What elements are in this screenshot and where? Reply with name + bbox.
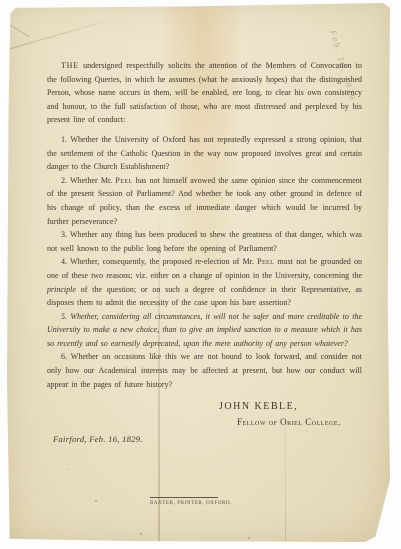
foxing-speck	[67, 469, 69, 470]
imprint-text: BAXTER, PRINTER, OXFORD.	[150, 501, 250, 506]
dateline: Fairford, Feb. 16, 1829.	[53, 433, 362, 447]
signature-title: Fellow of Oriel College.	[237, 416, 362, 430]
query-2: 2. Whether Mr. Peel has not himself avow…	[47, 174, 362, 228]
intro-paragraph: THE undersigned respectfully solicits th…	[47, 59, 362, 127]
fold-crease-top-left	[7, 21, 105, 50]
signature-name: JOHN KEBLE,	[219, 400, 362, 414]
foxing-speck	[95, 500, 97, 502]
printer-imprint: BAXTER, PRINTER, OXFORD.	[150, 497, 250, 506]
query-5: 5. Whether, considering all circumstance…	[47, 310, 362, 351]
corner-crease	[7, 23, 30, 38]
photo-background: Feb. 16. 1829 THE undersigned respectful…	[0, 0, 401, 549]
query-4: 4. Whether, consequently, the proposed r…	[47, 255, 362, 309]
document-page: Feb. 16. 1829 THE undersigned respectful…	[7, 3, 390, 542]
foxing-speck	[248, 537, 250, 539]
query-3: 3. Whether any thing has been produced t…	[47, 228, 362, 255]
query-1: 1. Whether the University of Oxford has …	[47, 133, 362, 174]
signature-block: JOHN KEBLE, Fellow of Oriel College.	[47, 400, 362, 429]
query-6: 6. Whether on occasions like this we are…	[47, 350, 362, 391]
foxing-speck	[140, 533, 142, 535]
imprint-rule	[150, 497, 218, 498]
document-text-block: THE undersigned respectfully solicits th…	[47, 59, 362, 447]
